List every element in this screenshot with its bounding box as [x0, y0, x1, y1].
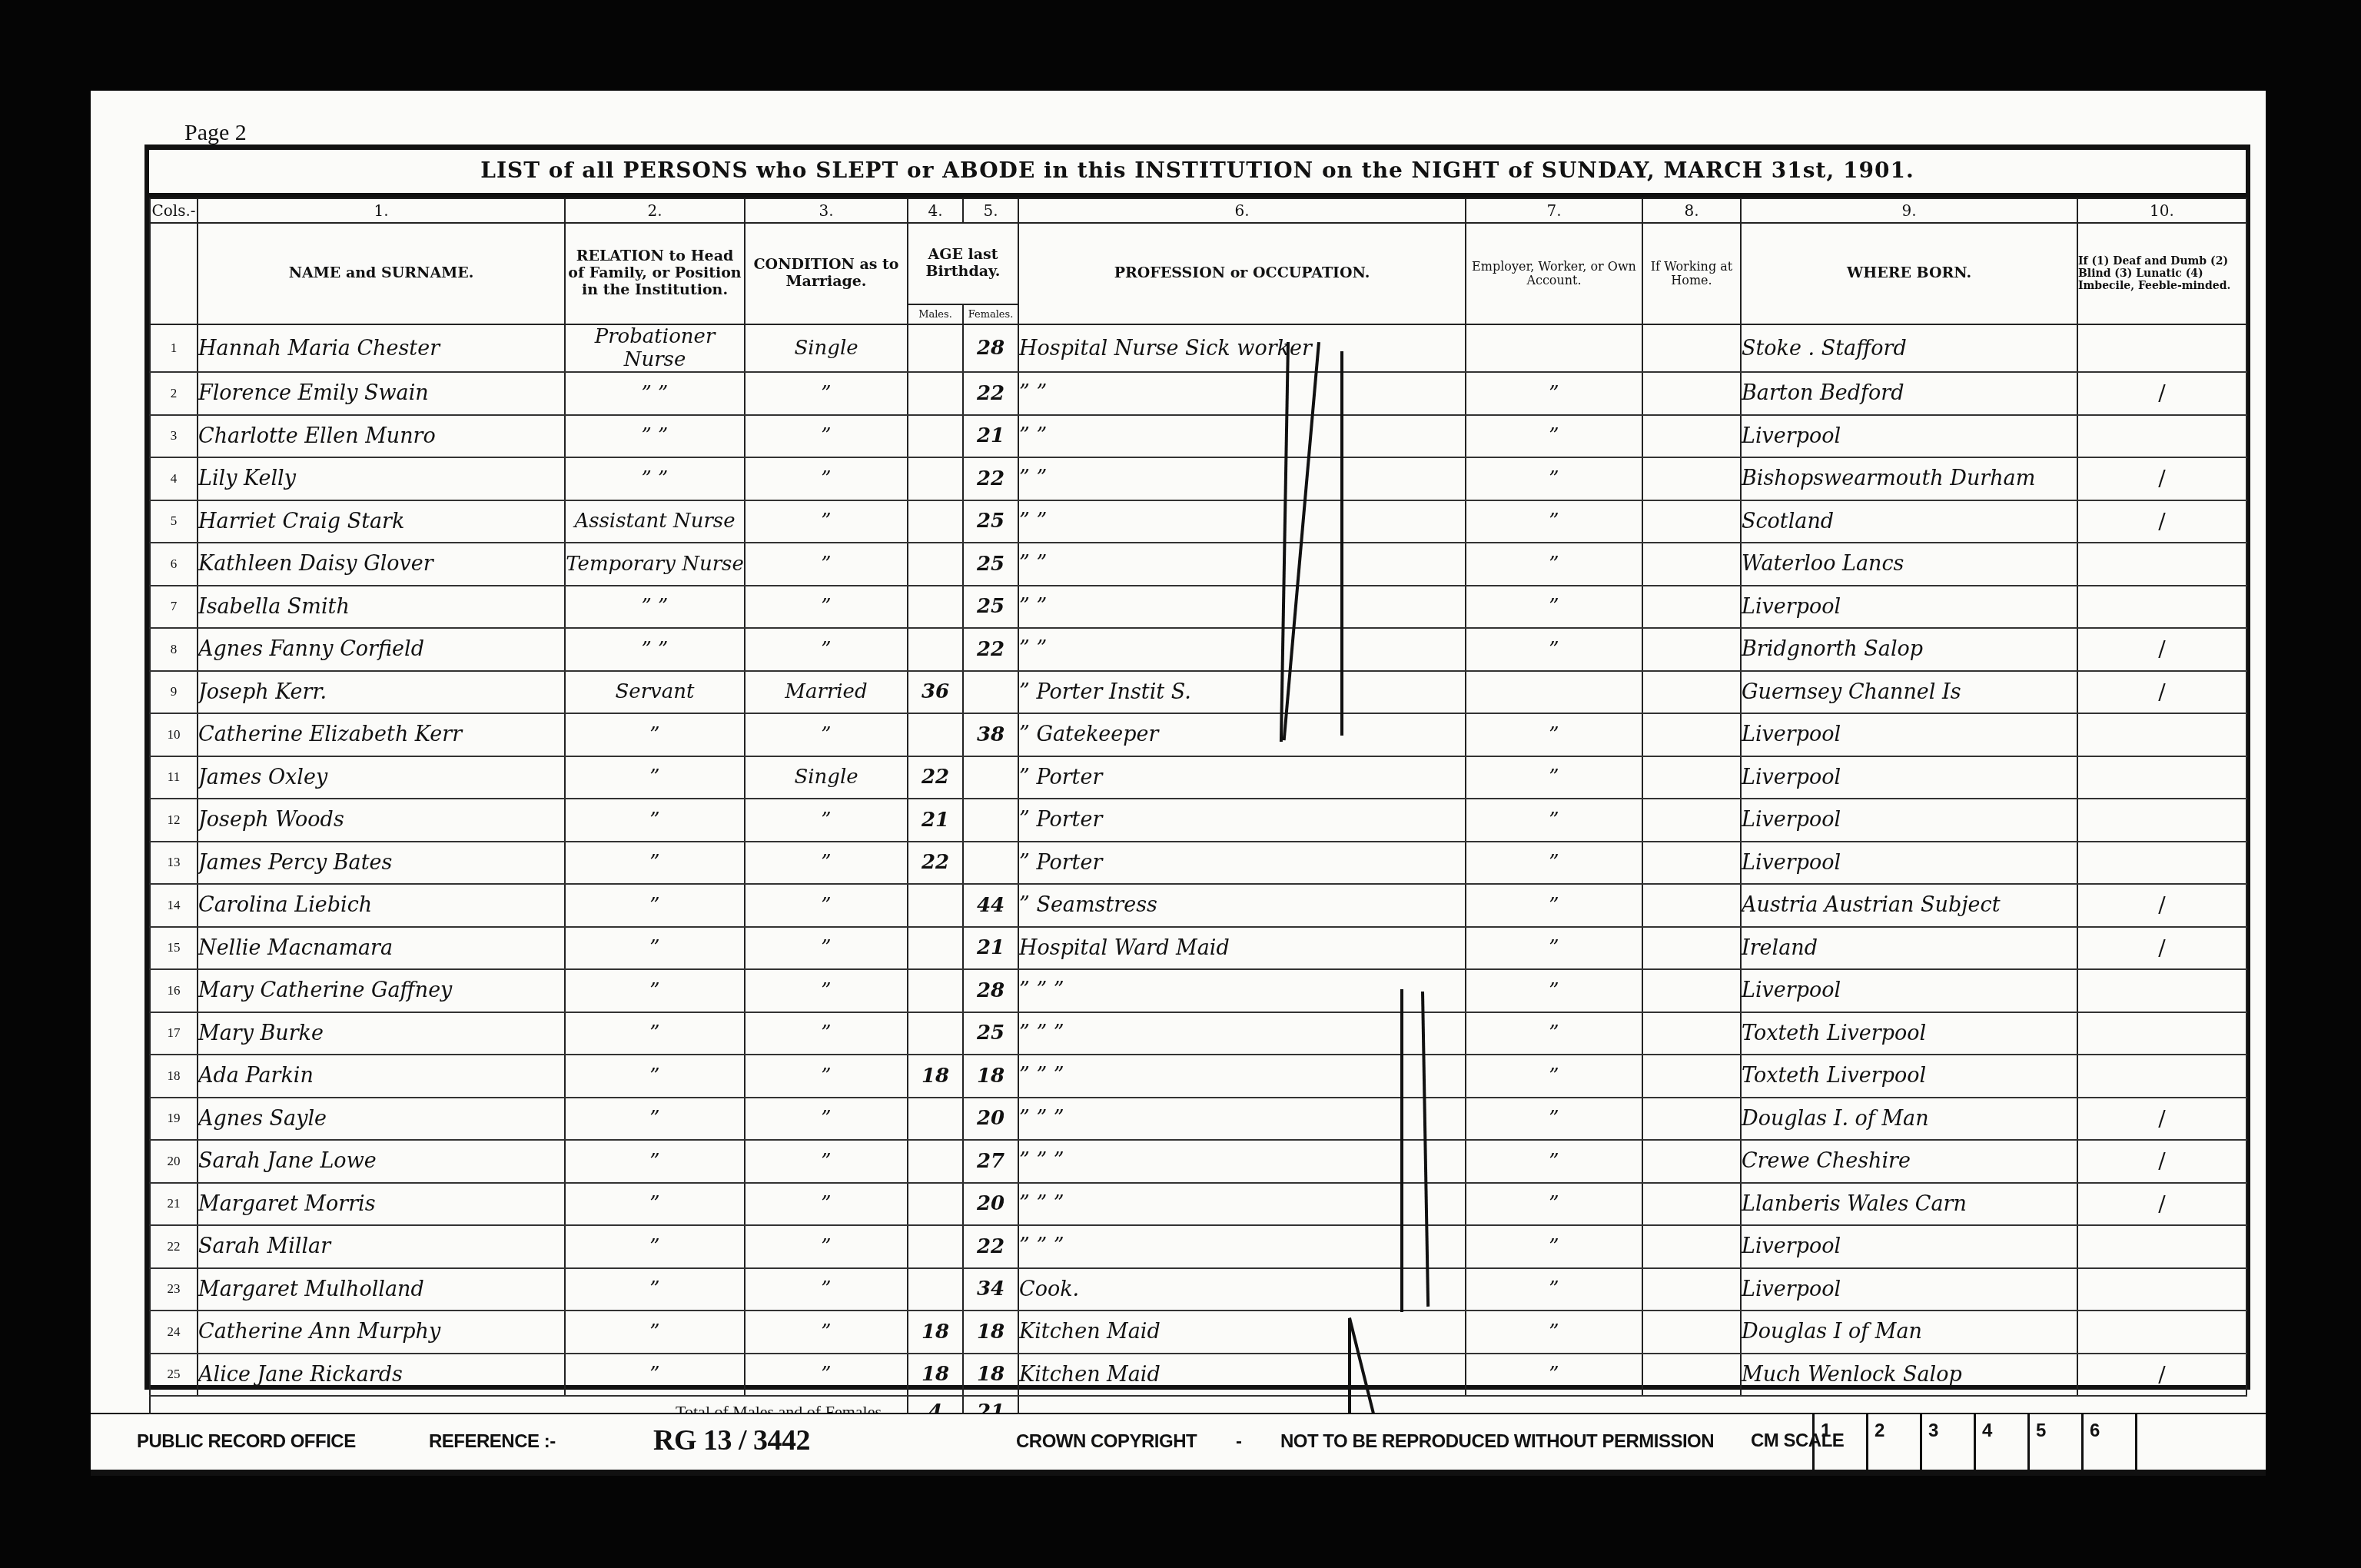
infirmity-mark: /	[2077, 927, 2246, 970]
birthplace: Crewe Cheshire	[1741, 1140, 2077, 1183]
infirmity-mark: /	[2077, 500, 2246, 543]
tally-stroke	[1400, 989, 1403, 1312]
age-male	[908, 1098, 963, 1141]
scale-tick: 2	[1866, 1414, 1920, 1470]
birthplace: Liverpool	[1741, 842, 2077, 885]
relation: ”	[565, 969, 745, 1012]
person-name: Mary Catherine Gaffney	[198, 969, 565, 1012]
header-age: AGE last Birthday.	[908, 223, 1018, 304]
birthplace: Scotland	[1741, 500, 2077, 543]
person-name: Margaret Mulholland	[198, 1268, 565, 1311]
infirmity-mark	[2077, 415, 2246, 458]
occupation: Hospital Ward Maid	[1018, 927, 1466, 970]
age-male: 18	[908, 1055, 963, 1098]
occupation: ” ” ”	[1018, 1140, 1466, 1183]
occupation: ” ” ”	[1018, 1098, 1466, 1141]
employer-status: ”	[1466, 1012, 1642, 1055]
birthplace: Waterloo Lancs	[1741, 543, 2077, 586]
relation: Temporary Nurse	[565, 543, 745, 586]
census-sheet: Page 2 LIST of all PERSONS who SLEPT or …	[91, 91, 2266, 1413]
working-at-home	[1642, 1354, 1741, 1397]
age-male	[908, 543, 963, 586]
birthplace: Douglas I. of Man	[1741, 1098, 2077, 1141]
col-number: 2.	[565, 198, 745, 223]
condition: ”	[745, 1055, 908, 1098]
form-title: LIST of all PERSONS who SLEPT or ABODE i…	[149, 158, 2246, 194]
employer-status	[1466, 671, 1642, 714]
birthplace: Toxteth Liverpool	[1741, 1055, 2077, 1098]
footer-notice: NOT TO BE REPRODUCED WITHOUT PERMISSION	[1280, 1431, 1714, 1453]
working-at-home	[1642, 457, 1741, 500]
person-name: Nellie Macnamara	[198, 927, 565, 970]
age-male	[908, 500, 963, 543]
occupation: ” ” ”	[1018, 1012, 1466, 1055]
age-female: 38	[963, 713, 1018, 756]
condition: ”	[745, 1183, 908, 1226]
cm-scale: 1 2 3 4 5 6	[1812, 1414, 2150, 1470]
age-male	[908, 969, 963, 1012]
table-row: 7Isabella Smith” ””25” ””Liverpool	[150, 586, 2246, 629]
person-name: Joseph Kerr.	[198, 671, 565, 714]
age-male	[908, 628, 963, 671]
infirmity-mark: /	[2077, 671, 2246, 714]
occupation: ” ”	[1018, 543, 1466, 586]
age-male	[908, 927, 963, 970]
employer-status: ”	[1466, 415, 1642, 458]
condition: ”	[745, 628, 908, 671]
condition: ”	[745, 543, 908, 586]
occupation: ” ” ”	[1018, 1225, 1466, 1268]
condition: ”	[745, 372, 908, 415]
age-male	[908, 884, 963, 927]
condition: ”	[745, 457, 908, 500]
occupation: ” Porter	[1018, 756, 1466, 799]
table-row: 12Joseph Woods””21” Porter”Liverpool	[150, 799, 2246, 842]
occupation: ” ” ”	[1018, 969, 1466, 1012]
infirmity-mark	[2077, 1012, 2246, 1055]
occupation: ” ”	[1018, 500, 1466, 543]
age-female: 25	[963, 500, 1018, 543]
occupation: ” Porter	[1018, 799, 1466, 842]
person-name: Ada Parkin	[198, 1055, 565, 1098]
employer-status: ”	[1466, 799, 1642, 842]
row-number: 20	[150, 1140, 198, 1183]
relation: ”	[565, 1098, 745, 1141]
row-number: 9	[150, 671, 198, 714]
person-name: Sarah Millar	[198, 1225, 565, 1268]
header-age-males: Males.	[908, 304, 963, 324]
census-form: LIST of all PERSONS who SLEPT or ABODE i…	[144, 145, 2250, 1390]
footer-reference-label: REFERENCE :-	[429, 1431, 556, 1453]
footer-reference: RG 13 / 3442	[653, 1423, 810, 1457]
header-spacer	[150, 223, 198, 324]
person-name: Isabella Smith	[198, 586, 565, 629]
age-female: 20	[963, 1183, 1018, 1226]
col-number: 6.	[1018, 198, 1466, 223]
row-number: 3	[150, 415, 198, 458]
person-name: Mary Burke	[198, 1012, 565, 1055]
employer-status: ”	[1466, 1354, 1642, 1397]
occupation: Kitchen Maid	[1018, 1311, 1466, 1354]
age-male	[908, 713, 963, 756]
birthplace: Toxteth Liverpool	[1741, 1012, 2077, 1055]
table-row: 21Margaret Morris””20” ” ””Llanberis Wal…	[150, 1183, 2246, 1226]
age-female	[963, 671, 1018, 714]
infirmity-mark	[2077, 969, 2246, 1012]
age-male: 22	[908, 842, 963, 885]
infirmity-mark: /	[2077, 457, 2246, 500]
header-where-born: WHERE BORN.	[1741, 223, 2077, 324]
relation: Servant	[565, 671, 745, 714]
row-number: 12	[150, 799, 198, 842]
condition: Single	[745, 756, 908, 799]
person-name: Agnes Fanny Corfield	[198, 628, 565, 671]
scale-tick: 4	[1974, 1414, 2027, 1470]
occupation: ” ”	[1018, 415, 1466, 458]
employer-status: ”	[1466, 457, 1642, 500]
row-number: 21	[150, 1183, 198, 1226]
occupation: ” Porter Instit S.	[1018, 671, 1466, 714]
infirmity-mark: /	[2077, 1098, 2246, 1141]
infirmity-mark: /	[2077, 1140, 2246, 1183]
infirmity-mark	[2077, 842, 2246, 885]
header-working-home: If Working at Home.	[1642, 223, 1741, 324]
relation: Probationer Nurse	[565, 324, 745, 372]
age-female	[963, 842, 1018, 885]
relation: ”	[565, 756, 745, 799]
occupation: ” Gatekeeper	[1018, 713, 1466, 756]
condition: ”	[745, 1225, 908, 1268]
row-number: 10	[150, 713, 198, 756]
relation: ”	[565, 927, 745, 970]
row-number: 16	[150, 969, 198, 1012]
birthplace: Liverpool	[1741, 1225, 2077, 1268]
age-male: 18	[908, 1354, 963, 1397]
infirmity-mark	[2077, 324, 2246, 372]
age-male	[908, 586, 963, 629]
header-name: NAME and SURNAME.	[198, 223, 565, 324]
row-number: 7	[150, 586, 198, 629]
birthplace: Liverpool	[1741, 969, 2077, 1012]
occupation: Hospital Nurse Sick worker	[1018, 324, 1466, 372]
age-female: 18	[963, 1055, 1018, 1098]
relation: ” ”	[565, 457, 745, 500]
person-name: Alice Jane Rickards	[198, 1354, 565, 1397]
person-name: Hannah Maria Chester	[198, 324, 565, 372]
age-female: 44	[963, 884, 1018, 927]
condition: Single	[745, 324, 908, 372]
infirmity-mark	[2077, 1225, 2246, 1268]
table-row: 25Alice Jane Rickards””1818Kitchen Maid”…	[150, 1354, 2246, 1397]
scale-tick: 6	[2081, 1414, 2135, 1470]
infirmity-mark: /	[2077, 1354, 2246, 1397]
person-name: Charlotte Ellen Munro	[198, 415, 565, 458]
relation: ”	[565, 1354, 745, 1397]
condition: ”	[745, 415, 908, 458]
condition: ”	[745, 500, 908, 543]
age-female: 27	[963, 1140, 1018, 1183]
working-at-home	[1642, 500, 1741, 543]
relation: ”	[565, 1311, 745, 1354]
scale-tick: 3	[1920, 1414, 1974, 1470]
condition: ”	[745, 799, 908, 842]
col-number: 10.	[2077, 198, 2246, 223]
condition: ”	[745, 1354, 908, 1397]
person-name: James Percy Bates	[198, 842, 565, 885]
employer-status: ”	[1466, 1183, 1642, 1226]
table-row: 17Mary Burke””25” ” ””Toxteth Liverpool	[150, 1012, 2246, 1055]
infirmity-mark	[2077, 799, 2246, 842]
scale-tick: 1	[1812, 1414, 1866, 1470]
working-at-home	[1642, 842, 1741, 885]
person-name: Margaret Morris	[198, 1183, 565, 1226]
birthplace: Guernsey Channel Is	[1741, 671, 2077, 714]
relation: ”	[565, 1268, 745, 1311]
header-infirmity: If (1) Deaf and Dumb (2) Blind (3) Lunat…	[2077, 223, 2246, 324]
infirmity-mark	[2077, 1311, 2246, 1354]
table-row: 11James Oxley”Single22” Porter”Liverpool	[150, 756, 2246, 799]
relation: ” ”	[565, 628, 745, 671]
condition: ”	[745, 1268, 908, 1311]
birthplace: Ireland	[1741, 927, 2077, 970]
employer-status: ”	[1466, 1098, 1642, 1141]
row-number: 14	[150, 884, 198, 927]
table-row: 2Florence Emily Swain” ””22” ””Barton Be…	[150, 372, 2246, 415]
working-at-home	[1642, 1098, 1741, 1141]
working-at-home	[1642, 543, 1741, 586]
working-at-home	[1642, 1225, 1741, 1268]
row-number: 22	[150, 1225, 198, 1268]
header-condition: CONDITION as to Marriage.	[745, 223, 908, 324]
age-female: 22	[963, 457, 1018, 500]
working-at-home	[1642, 1055, 1741, 1098]
employer-status	[1466, 324, 1642, 372]
age-male	[908, 1183, 963, 1226]
infirmity-mark	[2077, 713, 2246, 756]
condition: ”	[745, 1098, 908, 1141]
table-row: 20Sarah Jane Lowe””27” ” ””Crewe Cheshir…	[150, 1140, 2246, 1183]
table-row: 14Carolina Liebich””44” Seamstress”Austr…	[150, 884, 2246, 927]
relation: ”	[565, 842, 745, 885]
occupation: ” ”	[1018, 457, 1466, 500]
age-female: 22	[963, 1225, 1018, 1268]
row-number: 2	[150, 372, 198, 415]
age-male: 36	[908, 671, 963, 714]
birthplace: Bridgnorth Salop	[1741, 628, 2077, 671]
relation: ”	[565, 1055, 745, 1098]
age-female: 28	[963, 324, 1018, 372]
table-row: 16Mary Catherine Gaffney””28” ” ””Liverp…	[150, 969, 2246, 1012]
age-female: 25	[963, 586, 1018, 629]
occupation: ” Seamstress	[1018, 884, 1466, 927]
employer-status: ”	[1466, 969, 1642, 1012]
table-row: 15Nellie Macnamara””21Hospital Ward Maid…	[150, 927, 2246, 970]
infirmity-mark: /	[2077, 1183, 2246, 1226]
employer-status: ”	[1466, 1055, 1642, 1098]
working-at-home	[1642, 586, 1741, 629]
footer-office: PUBLIC RECORD OFFICE	[137, 1431, 356, 1453]
infirmity-mark	[2077, 586, 2246, 629]
table-row: 5Harriet Craig StarkAssistant Nurse”25” …	[150, 500, 2246, 543]
person-name: Florence Emily Swain	[198, 372, 565, 415]
relation: ”	[565, 1140, 745, 1183]
row-number: 8	[150, 628, 198, 671]
employer-status: ”	[1466, 1268, 1642, 1311]
birthplace: Barton Bedford	[1741, 372, 2077, 415]
table-row: 23Margaret Mulholland””34Cook.”Liverpool	[150, 1268, 2246, 1311]
table-row: 9Joseph Kerr.ServantMarried36” Porter In…	[150, 671, 2246, 714]
row-number: 23	[150, 1268, 198, 1311]
age-male	[908, 1225, 963, 1268]
header-employer: Employer, Worker, or Own Account.	[1466, 223, 1642, 324]
condition: ”	[745, 927, 908, 970]
condition: ”	[745, 1311, 908, 1354]
scale-end	[2135, 1414, 2150, 1470]
employer-status: ”	[1466, 756, 1642, 799]
working-at-home	[1642, 415, 1741, 458]
footer-copyright: CROWN COPYRIGHT	[1016, 1431, 1197, 1453]
working-at-home	[1642, 713, 1741, 756]
infirmity-mark	[2077, 756, 2246, 799]
table-row: 3Charlotte Ellen Munro” ””21” ””Liverpoo…	[150, 415, 2246, 458]
col-number: 7.	[1466, 198, 1642, 223]
age-female: 21	[963, 415, 1018, 458]
birthplace: Stoke . Stafford	[1741, 324, 2077, 372]
employer-status: ”	[1466, 1311, 1642, 1354]
age-female: 34	[963, 1268, 1018, 1311]
age-male	[908, 457, 963, 500]
working-at-home	[1642, 799, 1741, 842]
infirmity-mark: /	[2077, 884, 2246, 927]
age-female: 28	[963, 969, 1018, 1012]
employer-status: ”	[1466, 1225, 1642, 1268]
employer-status: ”	[1466, 628, 1642, 671]
infirmity-mark: /	[2077, 628, 2246, 671]
infirmity-mark: /	[2077, 372, 2246, 415]
person-name: Lily Kelly	[198, 457, 565, 500]
working-at-home	[1642, 671, 1741, 714]
table-row: 19Agnes Sayle””20” ” ””Douglas I. of Man…	[150, 1098, 2246, 1141]
working-at-home	[1642, 628, 1741, 671]
working-at-home	[1642, 1140, 1741, 1183]
person-name: Catherine Ann Murphy	[198, 1311, 565, 1354]
condition: ”	[745, 1012, 908, 1055]
age-female: 22	[963, 372, 1018, 415]
table-row: 22Sarah Millar””22” ” ””Liverpool	[150, 1225, 2246, 1268]
person-name: Agnes Sayle	[198, 1098, 565, 1141]
age-male	[908, 1268, 963, 1311]
condition: ”	[745, 586, 908, 629]
employer-status: ”	[1466, 713, 1642, 756]
birthplace: Liverpool	[1741, 799, 2077, 842]
occupation: ” Porter	[1018, 842, 1466, 885]
row-number: 18	[150, 1055, 198, 1098]
table-row: 6Kathleen Daisy GloverTemporary Nurse”25…	[150, 543, 2246, 586]
occupation: ” ”	[1018, 372, 1466, 415]
age-female: 25	[963, 1012, 1018, 1055]
occupation: ” ” ”	[1018, 1055, 1466, 1098]
condition: Married	[745, 671, 908, 714]
table-row: 4Lily Kelly” ””22” ””Bishopswearmouth Du…	[150, 457, 2246, 500]
employer-status: ”	[1466, 372, 1642, 415]
relation: ”	[565, 1225, 745, 1268]
infirmity-mark	[2077, 543, 2246, 586]
age-male	[908, 1140, 963, 1183]
table-row: 13James Percy Bates””22” Porter”Liverpoo…	[150, 842, 2246, 885]
row-number: 1	[150, 324, 198, 372]
age-male: 18	[908, 1311, 963, 1354]
row-number: 17	[150, 1012, 198, 1055]
age-female: 20	[963, 1098, 1018, 1141]
relation: ”	[565, 1012, 745, 1055]
age-female	[963, 799, 1018, 842]
age-male: 22	[908, 756, 963, 799]
birthplace: Liverpool	[1741, 756, 2077, 799]
age-female: 25	[963, 543, 1018, 586]
working-at-home	[1642, 324, 1741, 372]
employer-status: ”	[1466, 500, 1642, 543]
col-number: 5.	[963, 198, 1018, 223]
age-female: 21	[963, 927, 1018, 970]
occupation: ” ” ”	[1018, 1183, 1466, 1226]
scale-tick: 5	[2027, 1414, 2081, 1470]
header-occupation: PROFESSION or OCCUPATION.	[1018, 223, 1466, 324]
relation: ”	[565, 1183, 745, 1226]
age-female: 18	[963, 1311, 1018, 1354]
age-male	[908, 1012, 963, 1055]
working-at-home	[1642, 372, 1741, 415]
occupation: Kitchen Maid	[1018, 1354, 1466, 1397]
table-row: 8Agnes Fanny Corfield” ””22” ””Bridgnort…	[150, 628, 2246, 671]
birthplace: Much Wenlock Salop	[1741, 1354, 2077, 1397]
col-number: 4.	[908, 198, 963, 223]
occupation: Cook.	[1018, 1268, 1466, 1311]
age-male: 21	[908, 799, 963, 842]
col-number: 8.	[1642, 198, 1741, 223]
cols-label: Cols.-	[150, 198, 198, 223]
infirmity-mark	[2077, 1268, 2246, 1311]
age-female	[963, 756, 1018, 799]
row-number: 25	[150, 1354, 198, 1397]
page-label: Page 2	[184, 120, 247, 146]
row-number: 24	[150, 1311, 198, 1354]
person-name: Sarah Jane Lowe	[198, 1140, 565, 1183]
table-row: 24Catherine Ann Murphy””1818Kitchen Maid…	[150, 1311, 2246, 1354]
relation: Assistant Nurse	[565, 500, 745, 543]
relation: ”	[565, 884, 745, 927]
header-age-females: Females.	[963, 304, 1018, 324]
census-rows: 1Hannah Maria ChesterProbationer NurseSi…	[150, 324, 2246, 1427]
birthplace: Liverpool	[1741, 586, 2077, 629]
relation: ”	[565, 799, 745, 842]
row-number: 11	[150, 756, 198, 799]
row-number: 6	[150, 543, 198, 586]
person-name: Harriet Craig Stark	[198, 500, 565, 543]
working-at-home	[1642, 756, 1741, 799]
working-at-home	[1642, 1012, 1741, 1055]
row-number: 15	[150, 927, 198, 970]
birthplace: Llanberis Wales Carn	[1741, 1183, 2077, 1226]
relation: ” ”	[565, 372, 745, 415]
table-row: 10Catherine Elizabeth Kerr””38” Gatekeep…	[150, 713, 2246, 756]
relation: ” ”	[565, 415, 745, 458]
person-name: Carolina Liebich	[198, 884, 565, 927]
col-number: 1.	[198, 198, 565, 223]
table-row: 18Ada Parkin””1818” ” ””Toxteth Liverpoo…	[150, 1055, 2246, 1098]
age-male	[908, 372, 963, 415]
occupation: ” ”	[1018, 586, 1466, 629]
birthplace: Liverpool	[1741, 713, 2077, 756]
